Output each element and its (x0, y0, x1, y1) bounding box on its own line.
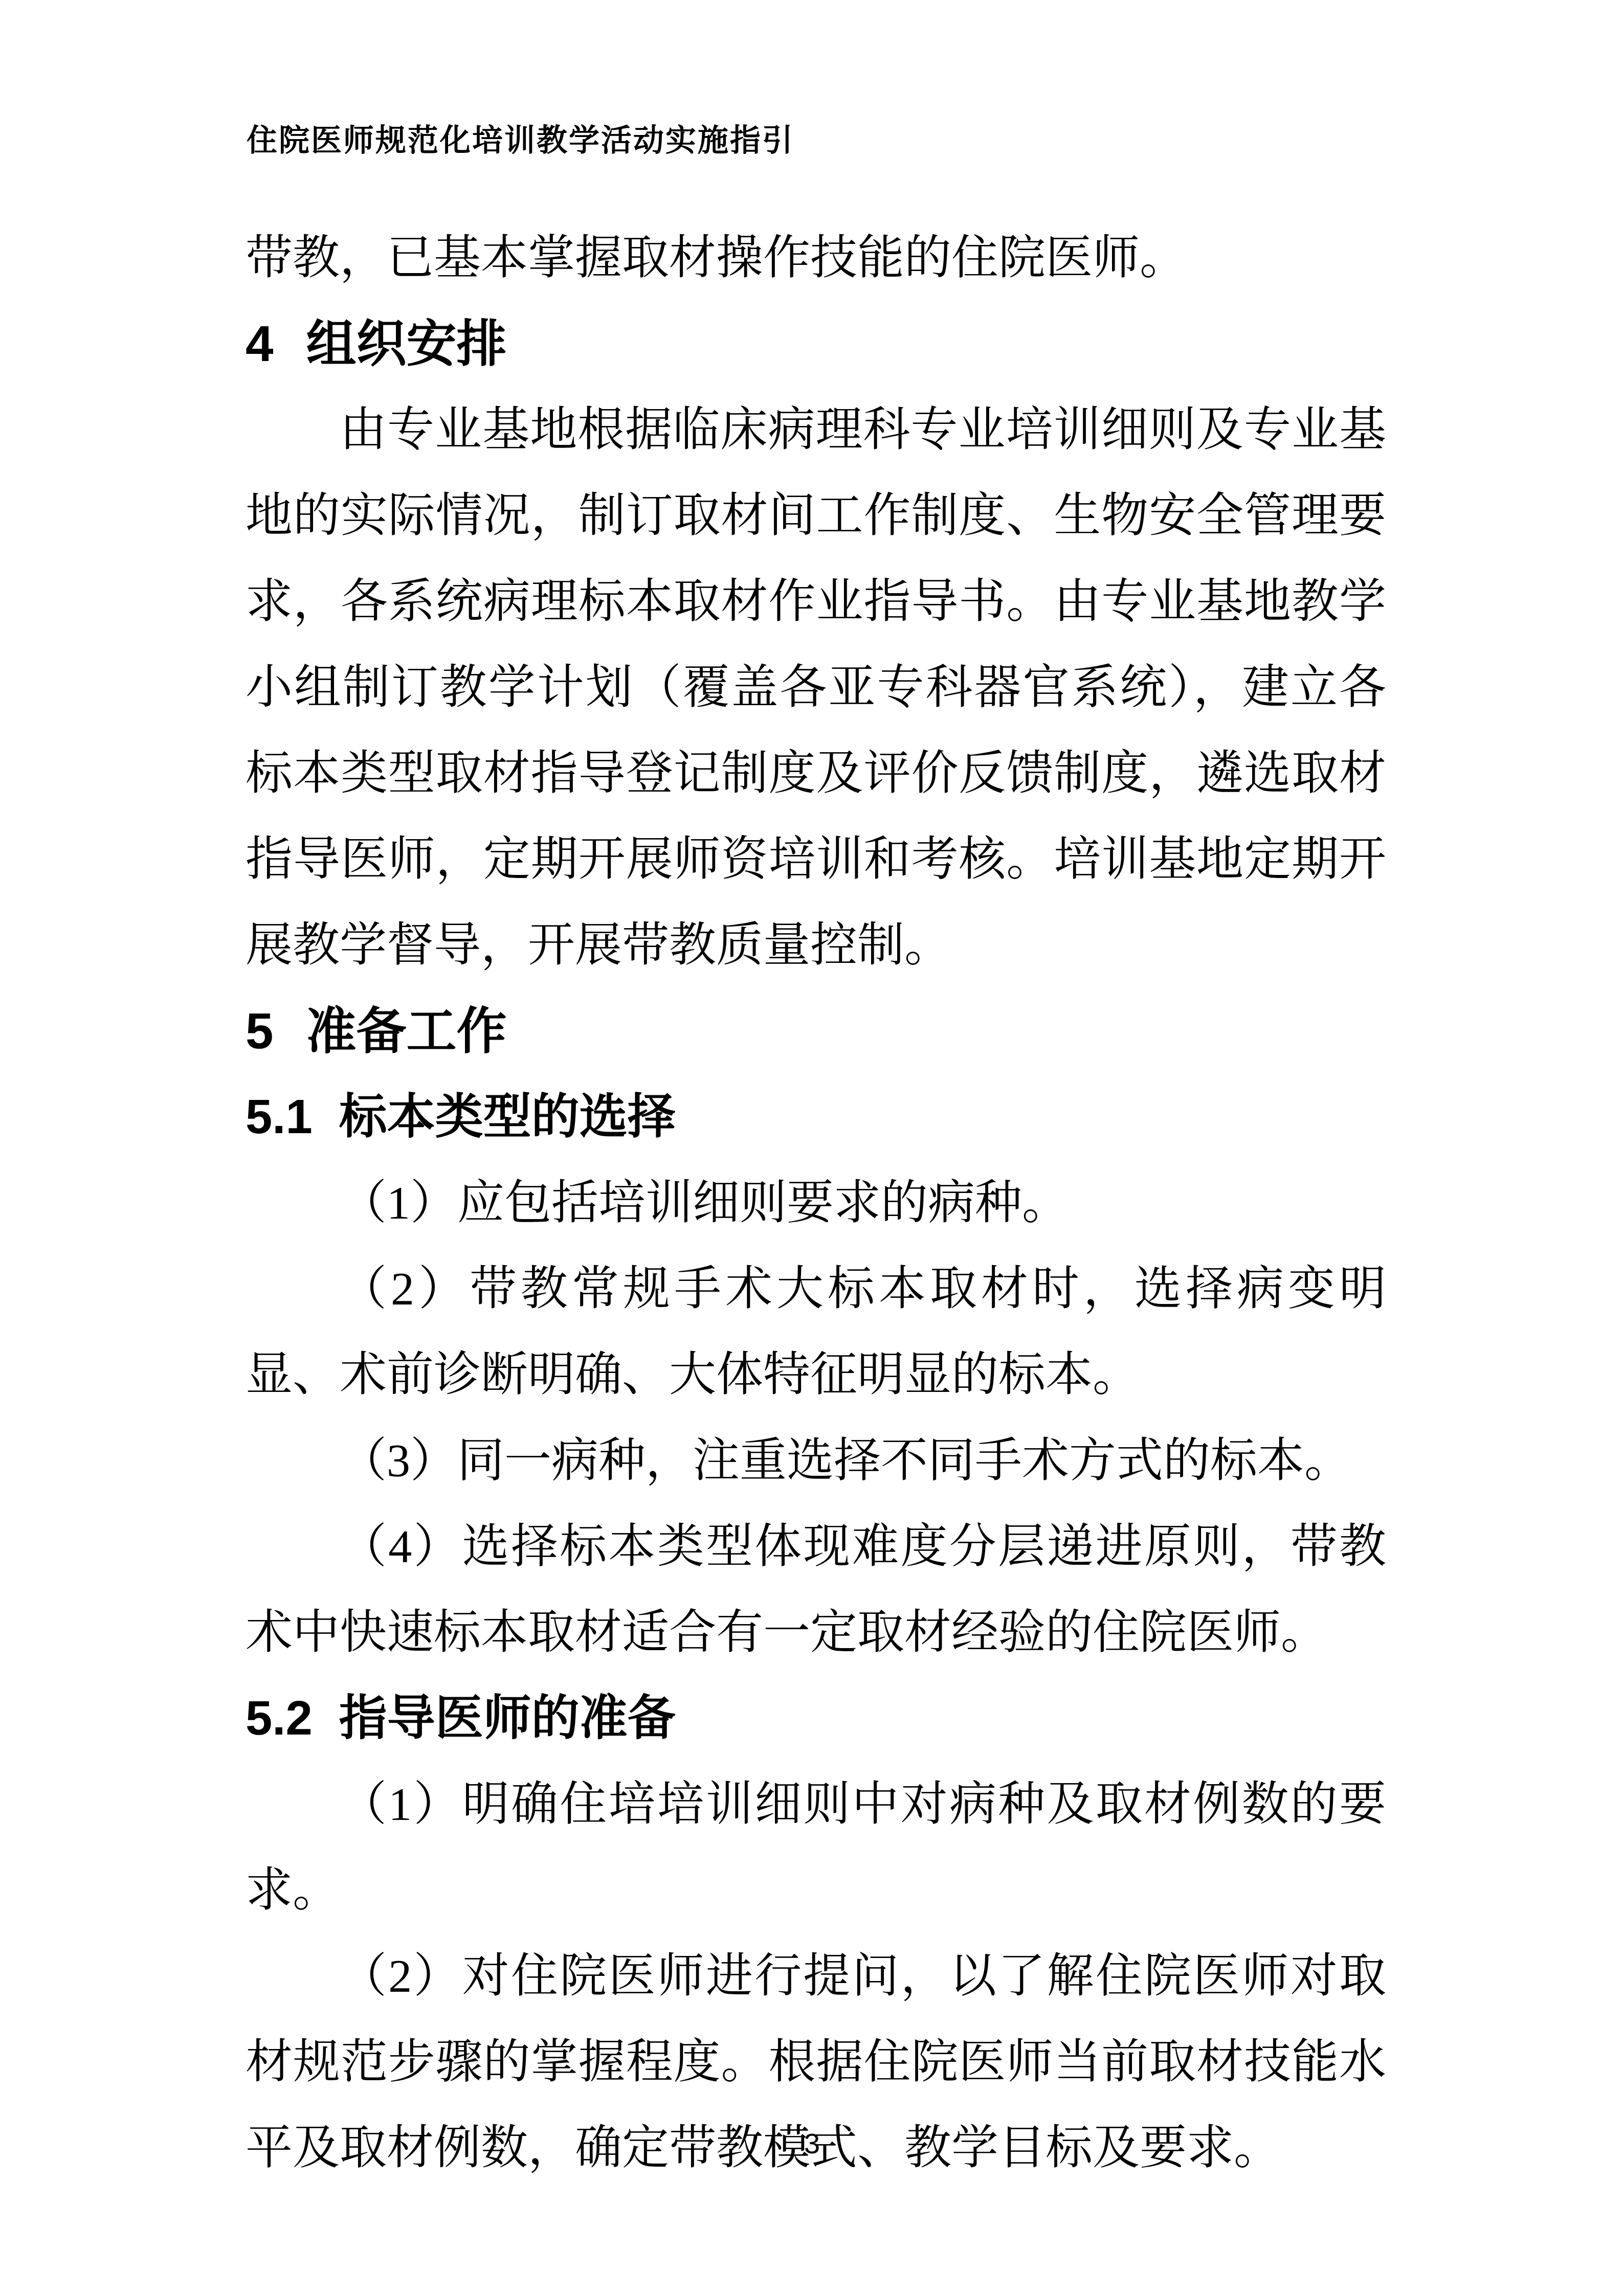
list-item: （3）同一病种，注重选择不同手术方式的标本。 (246, 1417, 1386, 1503)
section-heading-5: 5准备工作 (246, 988, 1386, 1074)
list-item: （4）选择标本类型体现难度分层递进原则，带教术中快速标本取材适合有一定取材经验的… (246, 1503, 1386, 1675)
running-header: 住院医师规范化培训教学活动实施指引 (247, 122, 794, 160)
section-title: 组织安排 (306, 316, 507, 372)
list-item: （1）应包括培训细则要求的病种。 (246, 1160, 1386, 1246)
section-title: 准备工作 (306, 1003, 507, 1059)
section-number: 4 (246, 301, 274, 387)
section4-paragraph: 由专业基地根据临床病理科专业培训细则及专业基地的实际情况，制订取材间工作制度、生… (246, 387, 1386, 988)
paragraph-continuation: 带教，已基本掌握取材操作技能的住院医师。 (246, 215, 1386, 301)
subsection-number: 5.1 (246, 1074, 313, 1160)
subsection-number: 5.2 (246, 1675, 313, 1761)
subsection-heading-5-1: 5.1标本类型的选择 (246, 1074, 1386, 1160)
document-page: 住院医师规范化培训教学活动实施指引 带教，已基本掌握取材操作技能的住院医师。 4… (0, 0, 1624, 2296)
subsection-title: 标本类型的选择 (339, 1090, 676, 1143)
document-body: 带教，已基本掌握取材操作技能的住院医师。 4组织安排 由专业基地根据临床病理科专… (246, 215, 1386, 2191)
page-number: 3 (0, 2128, 1624, 2159)
section-number: 5 (246, 988, 274, 1074)
section-heading-4: 4组织安排 (246, 301, 1386, 387)
subsection-heading-5-2: 5.2指导医师的准备 (246, 1675, 1386, 1761)
list-item: （2）带教常规手术大标本取材时，选择病变明显、术前诊断明确、大体特征明显的标本。 (246, 1246, 1386, 1417)
list-item: （1）明确住培培训细则中对病种及取材例数的要求。 (246, 1761, 1386, 1933)
subsection-title: 指导医师的准备 (339, 1691, 676, 1745)
